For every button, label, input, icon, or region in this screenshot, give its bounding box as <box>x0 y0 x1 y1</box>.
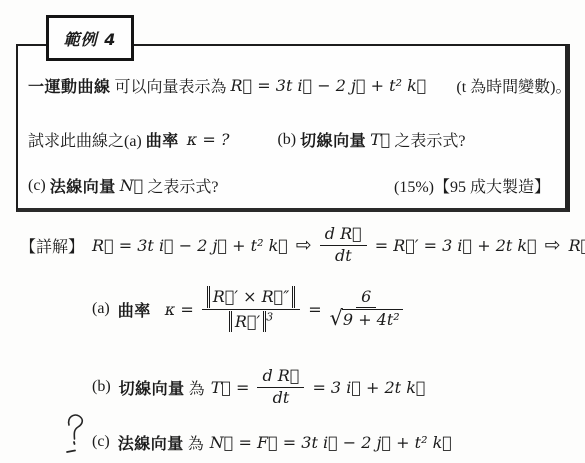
problem-line1-vector-equation: R⃗ = 3t i⃗ − 2 j⃗ + t² k⃗ <box>231 76 427 95</box>
problem-score-source: (15%)【95 成大製造】 <box>394 174 550 197</box>
norm-cross-product: R⃗′ × R⃗″ <box>207 286 295 307</box>
solution-line1-equation: R⃗ = 3t i⃗ − 2 j⃗ + t² k⃗ <box>92 236 288 255</box>
problem-line2: 試求此曲線之(a) 曲率 κ = ? (b) 切線向量 T⃗ 之表示式? <box>28 128 466 151</box>
problem-line2-text: 試求此曲線之(a) <box>28 128 142 151</box>
example-label-box: 範例 4 <box>46 15 134 61</box>
implies-arrow-icon: ⇨ <box>296 236 312 255</box>
radicand: 9 + 4t² <box>342 309 403 329</box>
problem-line2-tangent-symbol: T⃗ <box>370 130 390 149</box>
problem-line3-normal-symbol: N⃗ <box>120 176 144 195</box>
problem-line3: (c) 法線向量 N⃗ 之表示式? (15%)【95 成大製造】 <box>28 174 550 197</box>
radical-sign: √ <box>330 308 343 329</box>
derivative-fraction: d R⃗ dt <box>320 225 367 265</box>
derivative-fraction: d R⃗ dt <box>257 367 304 407</box>
problem-line2-bold-tangent: 切線向量 <box>300 128 366 151</box>
solution-line1-rprime: = R⃗′ = 3 i⃗ + 2t k⃗ <box>375 236 537 255</box>
curvature-result-fraction: 6 √ 9 + 4t² <box>330 288 403 331</box>
problem-line2-part-b: (b) <box>277 131 296 149</box>
solution-line1-rdoubleprime: R⃗″ = 2 k⃗ <box>569 236 585 255</box>
problem-line1-note: (t 為時間變數)。 <box>456 74 571 97</box>
curvature-fraction: R⃗′ × R⃗″ R⃗′3 <box>202 286 300 331</box>
solution-part-a: (a) 曲率 κ = R⃗′ × R⃗″ R⃗′3 = 6 √ 9 + 4t² <box>92 262 403 356</box>
problem-line1-text: 可以向量表示為 <box>115 74 227 97</box>
part-a-equals: = <box>308 300 321 319</box>
solution-part-b: (b) 切線向量 為 T⃗ = d R⃗ dt = 3 i⃗ + 2t k⃗ <box>92 362 425 412</box>
part-a-bold-curvature: 曲率 <box>118 298 151 321</box>
norm-rprime: R⃗′ <box>229 311 266 332</box>
part-c-label: (c) <box>92 433 110 451</box>
solution-header: 【詳解】 <box>20 234 84 257</box>
problem-line1-bold-term: 一運動曲線 <box>28 74 111 97</box>
implies-arrow-icon: ⇨ <box>545 236 561 255</box>
part-a-kappa-equals: κ = <box>165 300 194 319</box>
part-b-result: = 3 i⃗ + 2t k⃗ <box>312 378 425 397</box>
part-b-text: 為 <box>189 376 205 399</box>
norm-exponent: 3 <box>266 310 273 323</box>
problem-line3-part-c: (c) <box>28 177 46 195</box>
problem-line3-bold-normal-vector: 法線向量 <box>50 174 116 197</box>
part-c-result: N⃗ = F⃗ = 3t i⃗ − 2 j⃗ + t² k⃗ <box>210 433 452 452</box>
example-label: 範例 4 <box>64 27 117 50</box>
scanned-textbook-page: { "example": { "label": "範例 4" }, "probl… <box>0 0 585 463</box>
problem-line1: 一運動曲線 可以向量表示為 R⃗ = 3t i⃗ − 2 j⃗ + t² k⃗ … <box>28 74 572 97</box>
part-b-t-equals: T⃗ = <box>211 378 250 397</box>
part-c-text: 為 <box>188 431 204 454</box>
part-b-label: (b) <box>92 378 111 396</box>
problem-line2-bold-curvature: 曲率 <box>146 128 179 151</box>
part-a-label: (a) <box>92 300 110 318</box>
problem-line3-question: (c) 法線向量 N⃗ 之表示式? <box>28 174 219 197</box>
part-c-bold-normal: 法線向量 <box>118 431 184 454</box>
square-root: √ 9 + 4t² <box>330 309 403 330</box>
part-b-bold-tangent: 切線向量 <box>119 376 185 399</box>
problem-line2-kappa: κ = ? <box>187 130 230 149</box>
handwritten-question-mark <box>62 412 88 456</box>
problem-line3-suffix: 之表示式? <box>147 174 218 197</box>
solution-part-c: (c) 法線向量 為 N⃗ = F⃗ = 3t i⃗ − 2 j⃗ + t² k… <box>92 424 452 460</box>
problem-line2-suffix: 之表示式? <box>394 128 465 151</box>
